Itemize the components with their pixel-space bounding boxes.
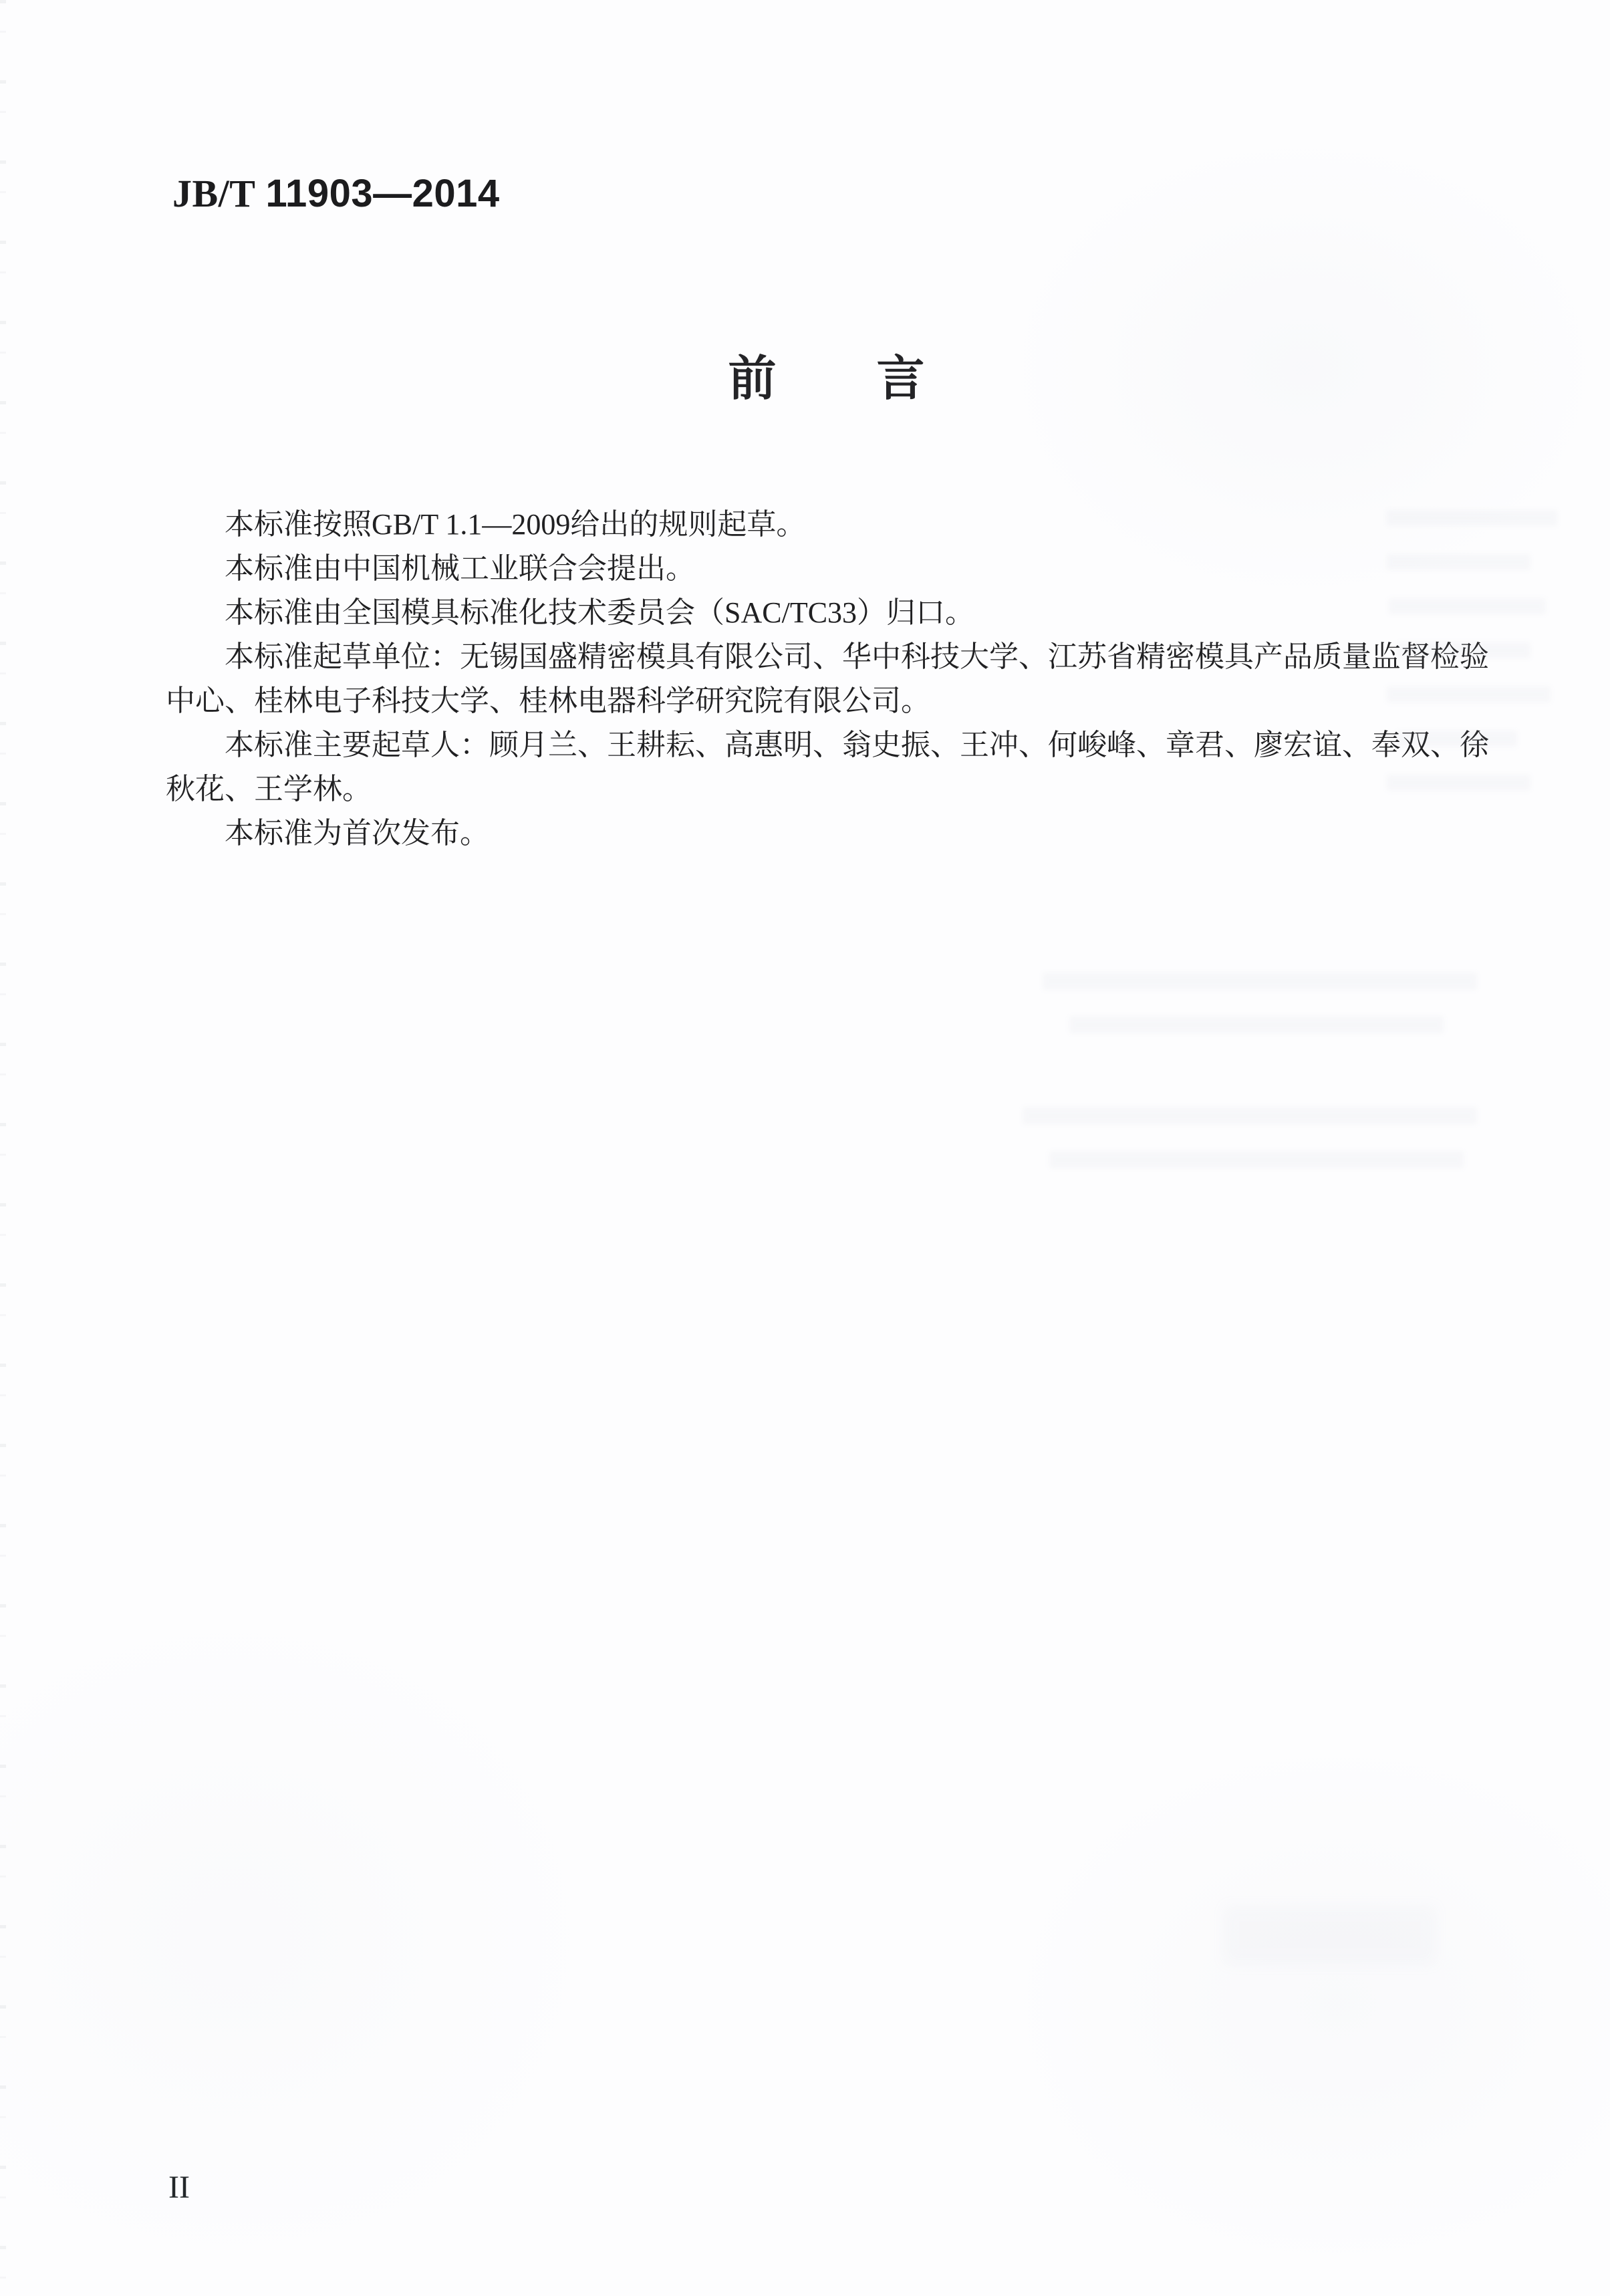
foreword-title: 前 言 bbox=[0, 352, 1610, 406]
body-line: 本标准主要起草人：顾月兰、王耕耘、高惠明、翁史振、王冲、何峻峰、章君、廖宏谊、奉… bbox=[166, 723, 1496, 767]
bleedthrough-artifact bbox=[1223, 1905, 1437, 1965]
body-line: 本标准由全国模具标准化技术委员会（SAC/TC33）归口。 bbox=[166, 591, 1496, 635]
paper-texture bbox=[1002, 1738, 1610, 2273]
foreword-title-char: 言 bbox=[877, 352, 925, 406]
paper-texture bbox=[0, 1604, 601, 2273]
bleedthrough-artifact bbox=[1049, 1151, 1464, 1168]
foreword-title-char: 前 bbox=[728, 352, 776, 406]
body-line: 中心、桂林电子科技大学、桂林电器科学研究院有限公司。 bbox=[166, 679, 1496, 723]
standard-code: JB/T 11903—2014 bbox=[172, 172, 500, 215]
scanned-document-page: JB/T 11903—2014 前 言 本标准按照GB/T 1.1—2009给出… bbox=[0, 0, 1610, 2296]
bleedthrough-artifact bbox=[1069, 1016, 1444, 1033]
body-line: 本标准由中国机械工业联合会提出。 bbox=[166, 547, 1496, 591]
body-line: 本标准为首次发布。 bbox=[166, 811, 1496, 856]
standard-code-prefix: JB/T bbox=[172, 172, 256, 215]
body-line: 本标准起草单位：无锡国盛精密模具有限公司、华中科技大学、江苏省精密模具产品质量监… bbox=[166, 635, 1496, 679]
standard-code-number: 11903—2014 bbox=[266, 172, 500, 215]
body-line: 本标准按照GB/T 1.1—2009给出的规则起草。 bbox=[166, 503, 1496, 547]
body-line: 秋花、王学林。 bbox=[166, 767, 1496, 811]
page-number: II bbox=[168, 2170, 190, 2205]
scan-edge-artifact bbox=[0, 0, 6, 2296]
foreword-body: 本标准按照GB/T 1.1—2009给出的规则起草。 本标准由中国机械工业联合会… bbox=[166, 503, 1496, 856]
bleedthrough-artifact bbox=[1043, 973, 1477, 990]
bleedthrough-artifact bbox=[1023, 1107, 1477, 1124]
